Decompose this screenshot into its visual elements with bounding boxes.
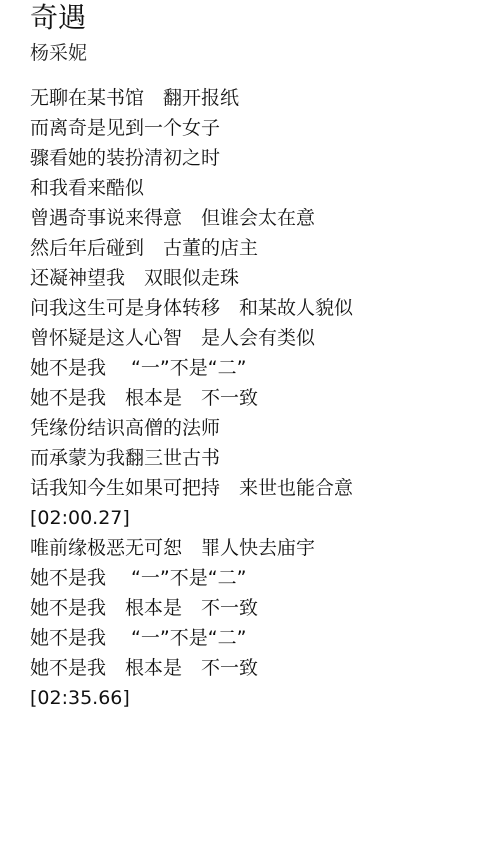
lyric-line: 然后年后碰到 古董的店主 (30, 233, 500, 263)
lyric-line: 而离奇是见到一个女子 (30, 113, 500, 143)
lyric-line: 话我知今生如果可把持 来世也能合意 (30, 473, 500, 503)
lyric-line: 唯前缘极恶无可恕 罪人快去庙宇 (30, 533, 500, 563)
lyric-line: 和我看来酷似 (30, 173, 500, 203)
lyric-line: 她不是我 根本是 不一致 (30, 653, 500, 683)
lyric-line: 她不是我 “一”不是“二” (30, 353, 500, 383)
lyrics-page: 奇遇 杨采妮 无聊在某书馆 翻开报纸 而离奇是见到一个女子 骤看她的装扮清初之时… (30, 0, 500, 713)
lyric-line: 她不是我 根本是 不一致 (30, 593, 500, 623)
song-title: 奇遇 (30, 0, 500, 36)
lyric-line: 无聊在某书馆 翻开报纸 (30, 83, 500, 113)
song-artist: 杨采妮 (30, 40, 500, 66)
lyric-line: 她不是我 根本是 不一致 (30, 383, 500, 413)
lyric-line: 问我这生可是身体转移 和某故人貌似 (30, 293, 500, 323)
lyric-line: 骤看她的装扮清初之时 (30, 143, 500, 173)
lyric-line: 曾遇奇事说来得意 但谁会太在意 (30, 203, 500, 233)
lyric-line: 她不是我 “一”不是“二” (30, 623, 500, 653)
lyric-line: 还凝神望我 双眼似走珠 (30, 263, 500, 293)
lyric-line: 而承蒙为我翻三世古书 (30, 443, 500, 473)
lyric-line: 她不是我 “一”不是“二” (30, 563, 500, 593)
lyric-line: 凭缘份结识高僧的法师 (30, 413, 500, 443)
lyrics-list: 无聊在某书馆 翻开报纸 而离奇是见到一个女子 骤看她的装扮清初之时 和我看来酷似… (30, 83, 500, 713)
lyric-line: 曾怀疑是这人心智 是人会有类似 (30, 323, 500, 353)
lyric-timestamp: [02:35.66] (30, 683, 500, 713)
lyric-timestamp: [02:00.27] (30, 503, 500, 533)
